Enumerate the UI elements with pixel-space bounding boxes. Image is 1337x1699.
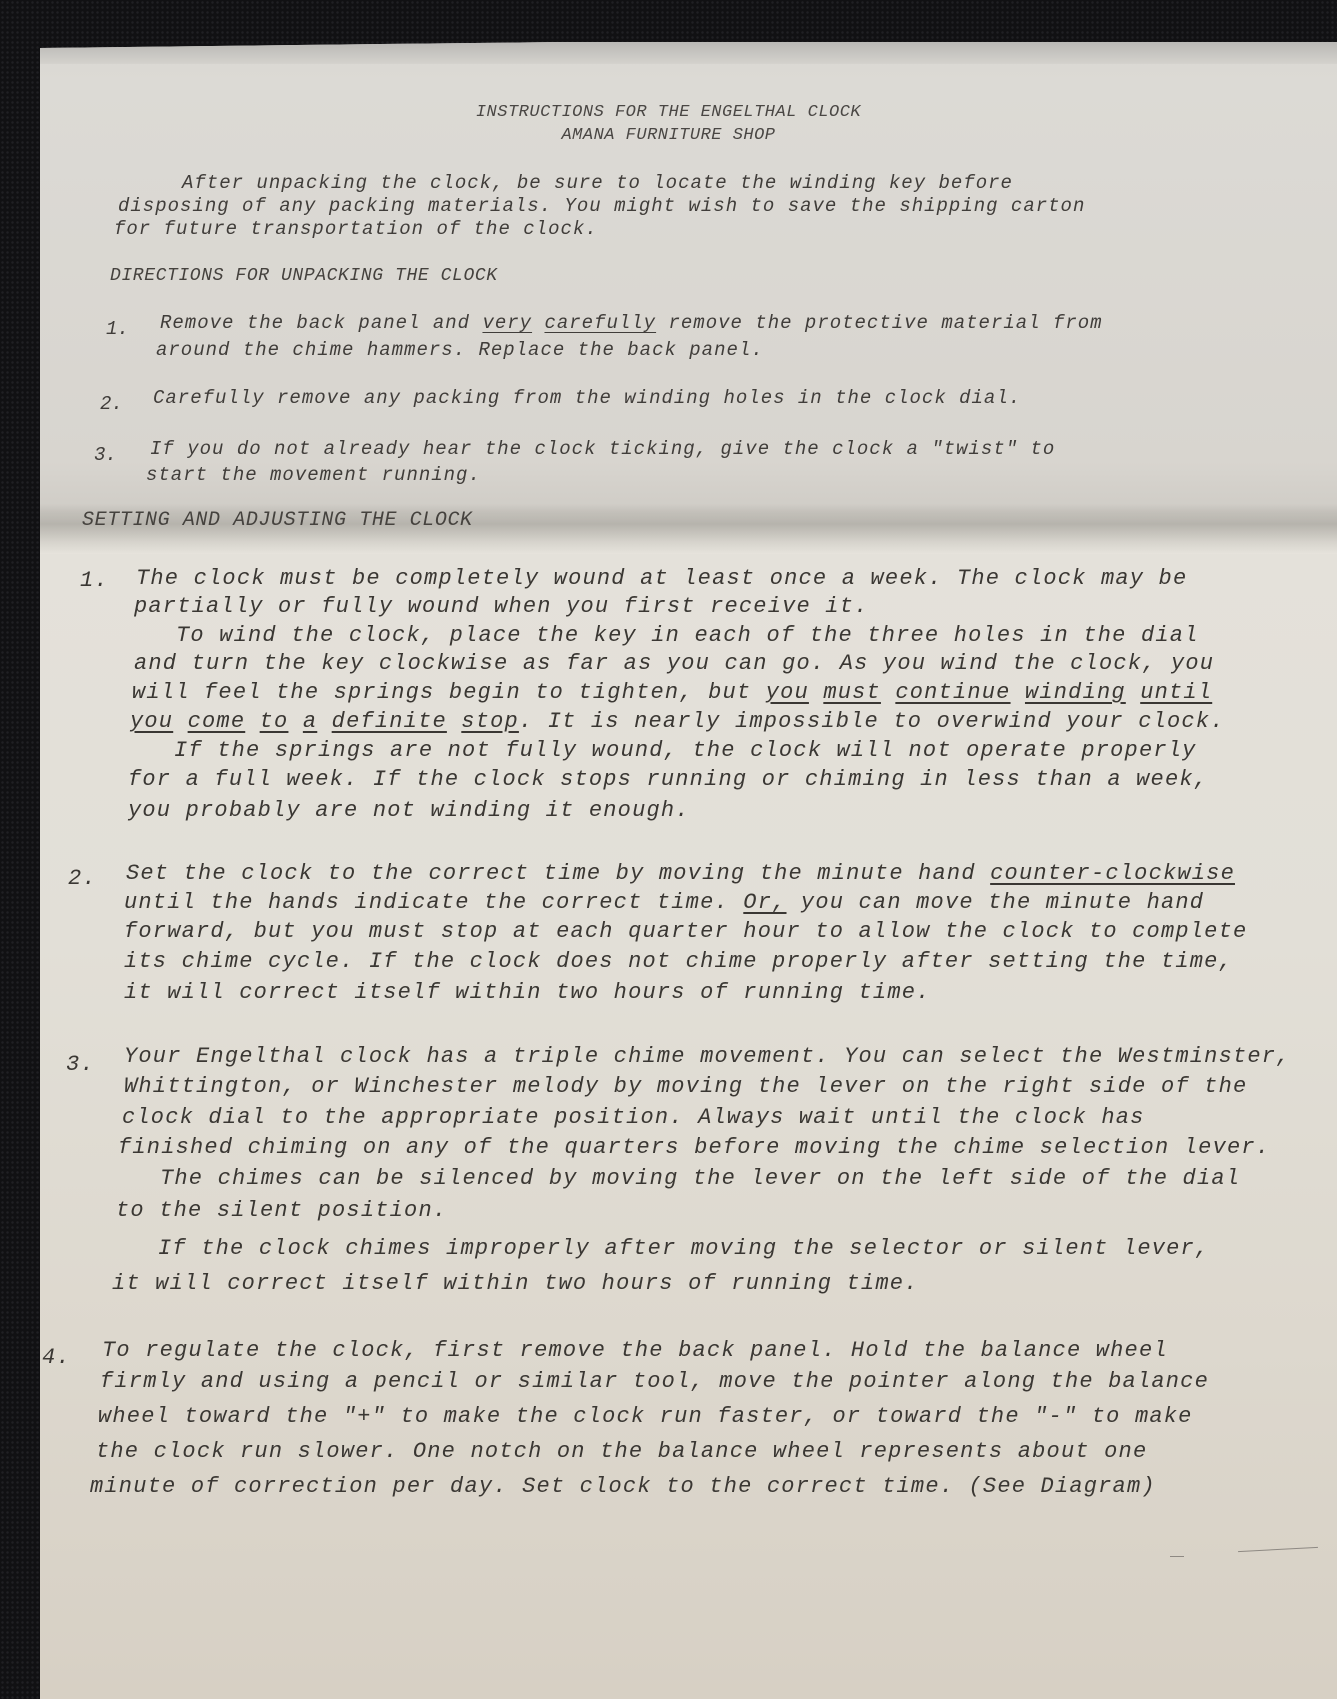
setting-item-3-line-6: to the silent position. [116, 1198, 447, 1223]
unpack-item-1-line-1: Remove the back panel and very carefully… [160, 312, 1103, 334]
unpack-item-1-number: 1. [106, 318, 129, 340]
setting-item-2-line-2: until the hands indicate the correct tim… [124, 890, 1204, 915]
setting-item-2-line-5: it will correct itself within two hours … [124, 980, 931, 1005]
intro-line-2: disposing of any packing materials. You … [118, 195, 1085, 217]
setting-item-3-number: 3. [66, 1052, 95, 1077]
unpack-item-2-line-1: Carefully remove any packing from the wi… [153, 387, 1021, 409]
intro-line-1: After unpacking the clock, be sure to lo… [182, 172, 1013, 194]
intro-line-3: for future transportation of the clock. [114, 218, 598, 240]
setting-item-1-line-4: and turn the key clockwise as far as you… [134, 651, 1214, 676]
setting-item-2-line-1: Set the clock to the correct time by mov… [126, 861, 1235, 886]
setting-item-1-line-8: for a full week. If the clock stops runn… [128, 767, 1208, 792]
setting-item-1-line-6: you come to a definite stop. It is nearl… [130, 709, 1225, 734]
setting-item-3-line-1: Your Engelthal clock has a triple chime … [124, 1044, 1291, 1069]
setting-item-3-line-7: If the clock chimes improperly after mov… [158, 1236, 1209, 1261]
unpack-item-1-line-2: around the chime hammers. Replace the ba… [156, 339, 764, 361]
unpack-item-2-number: 2. [100, 393, 123, 415]
setting-item-4-line-1: To regulate the clock, first remove the … [102, 1338, 1168, 1363]
instruction-document: INSTRUCTIONS FOR THE ENGELTHAL CLOCK AMA… [0, 0, 1337, 1699]
setting-item-2-number: 2. [68, 866, 97, 891]
document-subtitle: AMANA FURNITURE SHOP [0, 126, 1337, 145]
setting-item-1-line-3: To wind the clock, place the key in each… [176, 623, 1199, 648]
setting-item-4-number: 4. [42, 1345, 71, 1370]
setting-item-2-line-3: forward, but you must stop at each quart… [124, 919, 1247, 944]
setting-item-1-line-9: you probably are not winding it enough. [128, 798, 690, 823]
document-title: INSTRUCTIONS FOR THE ENGELTHAL CLOCK [0, 103, 1337, 122]
pencil-mark [1238, 1547, 1318, 1552]
setting-item-1-line-1: The clock must be completely wound at le… [136, 566, 1187, 591]
setting-item-1-line-5: will feel the springs begin to tighten, … [132, 680, 1212, 705]
setting-item-1-line-2: partially or fully wound when you first … [134, 594, 869, 619]
setting-item-3-line-5: The chimes can be silenced by moving the… [160, 1166, 1240, 1191]
setting-item-2-line-4: its chime cycle. If the clock does not c… [124, 949, 1233, 974]
setting-heading: SETTING AND ADJUSTING THE CLOCK [82, 509, 473, 532]
setting-item-1-number: 1. [80, 568, 109, 593]
setting-item-4-line-5: minute of correction per day. Set clock … [90, 1474, 1156, 1499]
setting-item-4-line-2: firmly and using a pencil or similar too… [100, 1369, 1209, 1394]
setting-item-4-line-4: the clock run slower. One notch on the b… [96, 1439, 1147, 1464]
setting-item-3-line-8: it will correct itself within two hours … [112, 1271, 919, 1296]
pencil-mark [1170, 1556, 1184, 1557]
setting-item-3-line-4: finished chiming on any of the quarters … [118, 1135, 1270, 1160]
setting-item-4-line-3: wheel toward the "+" to make the clock r… [98, 1404, 1193, 1429]
setting-item-1-line-7: If the springs are not fully wound, the … [174, 738, 1197, 763]
unpack-item-3-number: 3. [94, 444, 117, 466]
unpacking-heading: DIRECTIONS FOR UNPACKING THE CLOCK [110, 266, 498, 286]
setting-item-3-line-3: clock dial to the appropriate position. … [122, 1105, 1145, 1130]
unpack-item-3-line-1: If you do not already hear the clock tic… [150, 438, 1055, 460]
setting-item-3-line-2: Whittington, or Winchester melody by mov… [124, 1074, 1247, 1099]
unpack-item-3-line-2: start the movement running. [146, 464, 481, 486]
